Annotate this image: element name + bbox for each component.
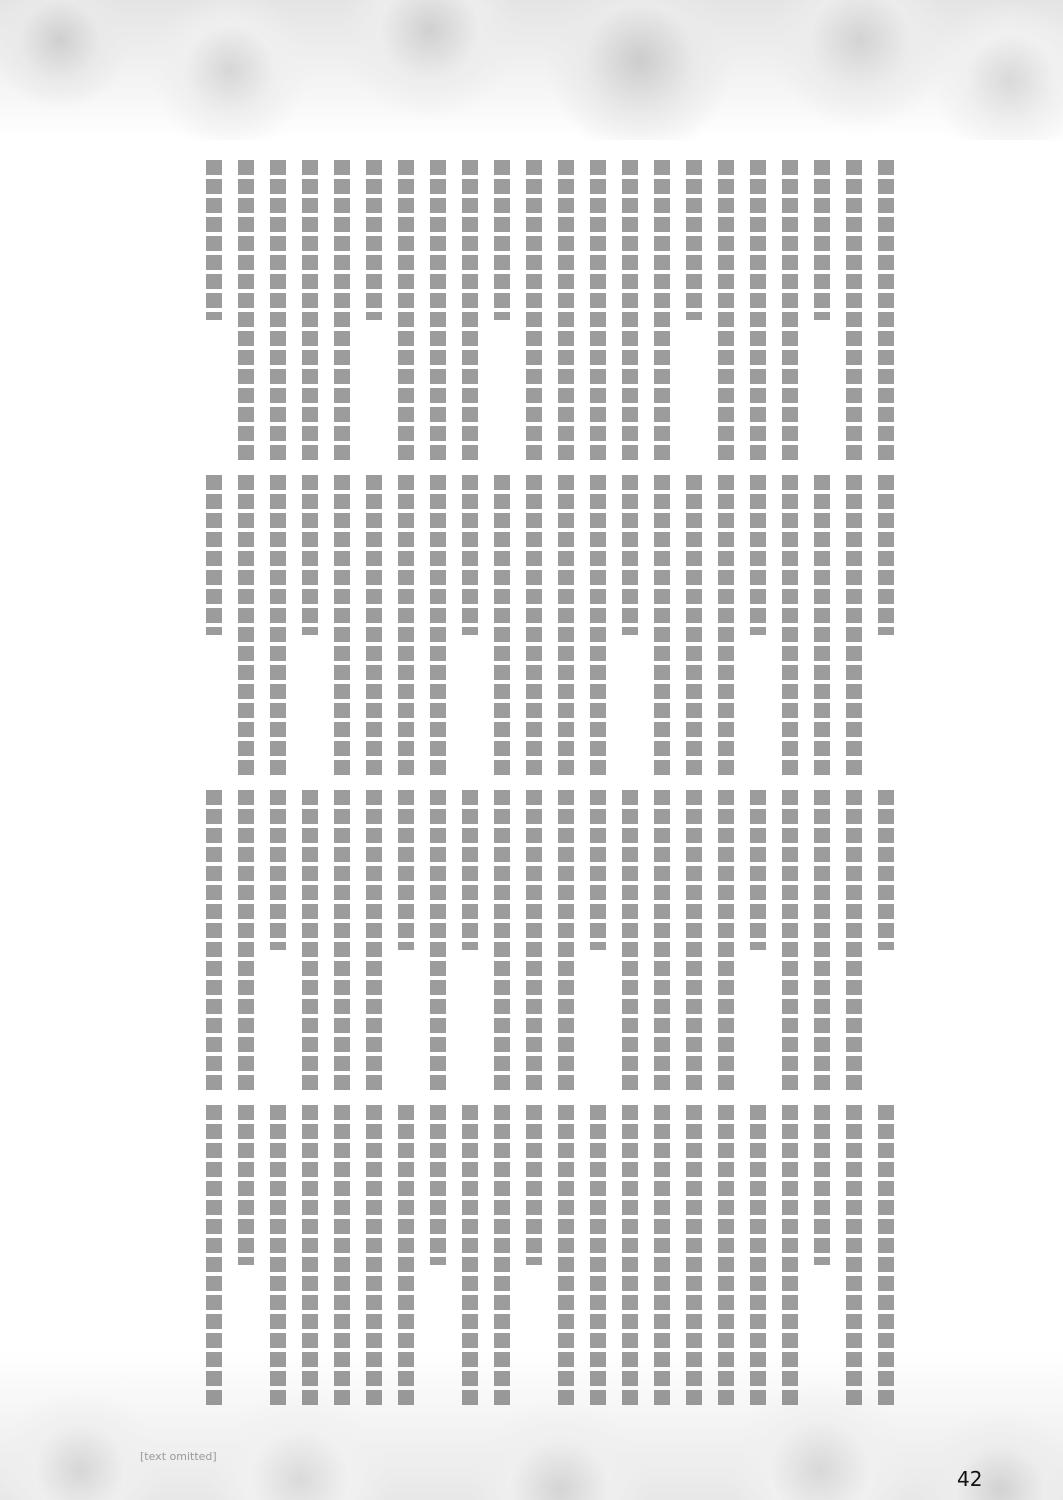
text-column	[328, 475, 356, 775]
text-column	[360, 160, 388, 320]
text-tier-2	[140, 475, 900, 775]
text-column	[360, 790, 388, 1090]
text-column	[776, 475, 804, 775]
text-column	[456, 475, 484, 635]
text-column	[712, 790, 740, 1090]
text-column	[840, 160, 868, 460]
text-column	[520, 160, 548, 460]
text-column	[456, 160, 484, 460]
text-column	[328, 1105, 356, 1405]
text-column	[296, 1105, 324, 1405]
text-column	[328, 790, 356, 1090]
text-column	[360, 475, 388, 775]
text-column	[488, 475, 516, 775]
text-column	[584, 790, 612, 950]
text-column	[616, 475, 644, 635]
text-column	[392, 1105, 420, 1405]
text-column	[552, 160, 580, 460]
text-column	[840, 790, 868, 1090]
text-column	[680, 1105, 708, 1405]
text-column	[616, 790, 644, 1090]
text-column	[744, 475, 772, 635]
text-column	[648, 1105, 676, 1405]
text-column	[680, 475, 708, 775]
text-tier-3	[140, 790, 900, 1090]
text-column	[264, 475, 292, 775]
text-column	[456, 1105, 484, 1405]
text-column	[872, 475, 900, 635]
text-column	[424, 160, 452, 460]
text-column	[296, 160, 324, 460]
text-column	[712, 160, 740, 460]
text-column	[744, 1105, 772, 1405]
body-text-placeholder: [text omitted]	[140, 1450, 217, 1463]
text-column	[456, 790, 484, 950]
text-column	[840, 1105, 868, 1405]
text-column	[200, 475, 228, 635]
text-column	[616, 1105, 644, 1405]
text-column	[808, 1105, 836, 1265]
text-column	[808, 790, 836, 1090]
text-column	[392, 475, 420, 775]
text-column	[712, 1105, 740, 1405]
text-column	[648, 160, 676, 460]
text-column	[392, 160, 420, 460]
text-column	[872, 1105, 900, 1405]
text-column	[776, 160, 804, 460]
text-column	[584, 160, 612, 460]
text-column	[584, 475, 612, 775]
text-column	[520, 1105, 548, 1265]
text-column	[552, 475, 580, 775]
text-column	[808, 160, 836, 320]
text-column	[776, 790, 804, 1090]
text-column	[488, 790, 516, 1090]
text-tier-4	[140, 1105, 900, 1405]
text-column	[488, 1105, 516, 1405]
decorative-bokeh-top-border	[0, 0, 1063, 140]
text-column	[232, 790, 260, 1090]
text-column	[808, 475, 836, 775]
text-column	[584, 1105, 612, 1405]
text-column	[648, 475, 676, 775]
text-column	[392, 790, 420, 950]
text-column	[520, 475, 548, 775]
text-column	[552, 1105, 580, 1405]
text-tier-1	[140, 160, 900, 460]
text-column	[744, 160, 772, 460]
text-column	[360, 1105, 388, 1405]
text-column	[488, 160, 516, 320]
text-column	[680, 790, 708, 1090]
text-column	[424, 790, 452, 1090]
text-column	[712, 475, 740, 775]
text-column	[680, 160, 708, 320]
text-column	[520, 790, 548, 1090]
page-number: 42	[957, 1467, 982, 1491]
text-column	[264, 1105, 292, 1405]
text-column	[840, 475, 868, 775]
text-column	[232, 160, 260, 460]
text-column	[648, 790, 676, 1090]
text-column	[264, 790, 292, 950]
text-column	[296, 790, 324, 1090]
text-column	[328, 160, 356, 460]
text-column	[872, 160, 900, 460]
text-column	[200, 160, 228, 320]
text-column	[200, 790, 228, 1090]
text-column	[776, 1105, 804, 1405]
text-column	[552, 790, 580, 1090]
text-column	[200, 1105, 228, 1405]
text-column	[296, 475, 324, 635]
text-column	[424, 475, 452, 775]
text-column	[616, 160, 644, 460]
text-column	[744, 790, 772, 950]
text-column	[424, 1105, 452, 1265]
text-column	[264, 160, 292, 460]
text-column	[872, 790, 900, 950]
text-column	[232, 475, 260, 775]
text-column	[232, 1105, 260, 1265]
